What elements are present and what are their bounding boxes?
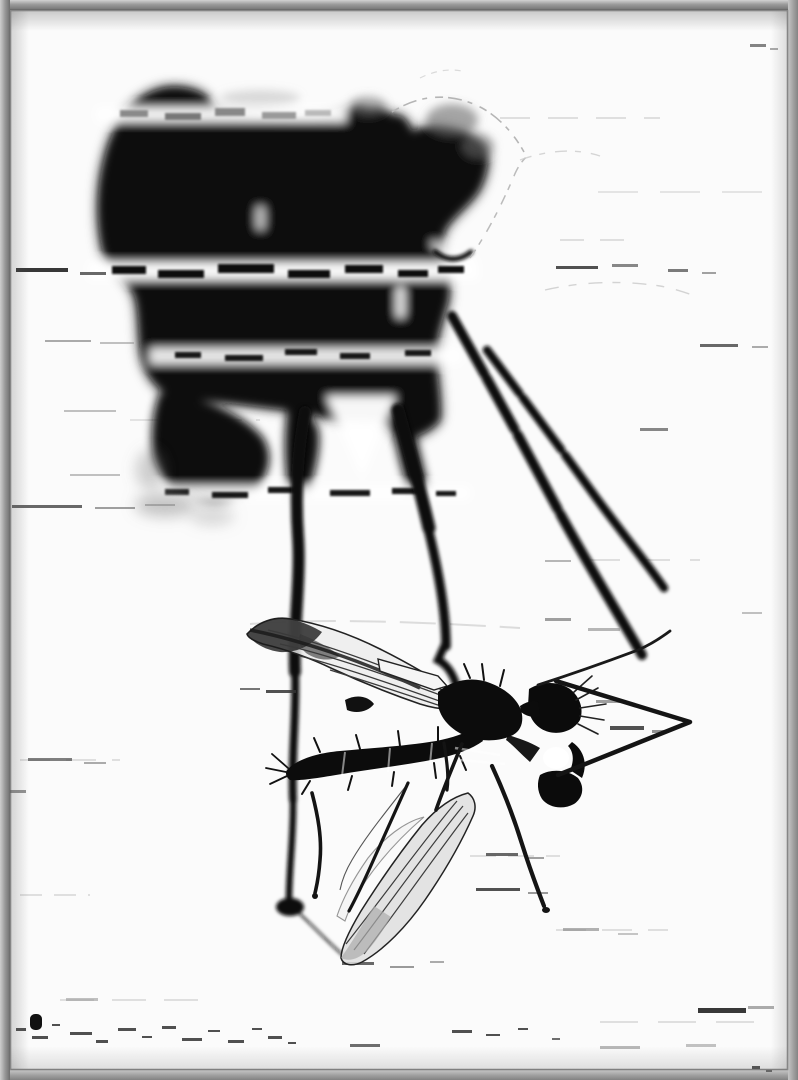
bottom-speckle-field-mark — [70, 1032, 92, 1035]
bottom-speckle-field-mark — [142, 1036, 152, 1038]
band-clumps-mark-mark — [405, 350, 431, 356]
dark-speckles-mark — [668, 269, 688, 272]
bottom-speckle-field-mark — [96, 1040, 108, 1043]
dark-speckles-mark — [640, 428, 668, 431]
predator-leg-left-mid — [293, 668, 296, 800]
dark-speckles-mark — [528, 857, 544, 859]
dark-speckles-mark — [700, 344, 738, 347]
band-clumps-mark-mark — [212, 492, 248, 498]
bottom-speckle-field-mark — [518, 1028, 528, 1030]
fuzz-blob — [426, 104, 478, 136]
band-clumps-mark-mark — [305, 110, 331, 116]
dark-speckles-mark — [545, 618, 571, 621]
soft-halos-mark — [136, 450, 164, 490]
band-clumps-mark-mark — [345, 265, 383, 273]
dark-speckles-mark — [612, 264, 638, 267]
bottom-speckle-field-mark — [162, 1026, 176, 1029]
dark-speckles-mark — [750, 44, 766, 47]
bottom-speckle-field-mark — [552, 1038, 560, 1040]
framed-photo — [0, 0, 798, 1080]
dark-speckles-mark — [563, 928, 599, 931]
frame-speck — [766, 1070, 772, 1072]
dark-speckles-mark — [66, 998, 98, 1001]
bottom-speckle-field-mark — [268, 1036, 282, 1039]
band-clumps-mark-mark — [285, 349, 317, 355]
bottom-speckle-field-mark — [252, 1028, 262, 1030]
bottom-speckle-field-mark — [486, 1034, 500, 1036]
bottom-speckle-field-mark — [288, 1042, 296, 1044]
fuzz-blob — [350, 96, 386, 116]
dark-speckles-mark — [266, 690, 296, 693]
prey-leg-front-foot — [542, 907, 550, 913]
dark-speckles-mark — [430, 961, 444, 963]
bottom-speckle-field-mark — [52, 1024, 60, 1026]
bottom-speckle-field-mark — [182, 1038, 202, 1041]
dark-speckles-mark — [80, 272, 106, 275]
bottom-speckle-field-mark — [32, 1036, 48, 1039]
inner-shadow-mark — [11, 11, 29, 1069]
band-clumps-mark-mark — [158, 270, 204, 278]
frame-left — [0, 0, 10, 1080]
dark-speckles-mark — [556, 266, 598, 269]
dark-speckles-mark — [30, 1014, 42, 1030]
dark-speckles-mark — [752, 346, 768, 348]
band-clumps-mark-mark — [175, 352, 201, 358]
band-clumps-mark-mark — [225, 355, 263, 361]
dark-speckles-mark — [588, 628, 620, 631]
band-clumps-mark-mark — [112, 266, 146, 274]
dark-speckles-mark — [100, 342, 134, 344]
dark-speckles-mark — [610, 726, 644, 730]
dark-speckles-mark — [742, 612, 762, 614]
dark-speckles-mark — [698, 1008, 746, 1013]
band-clumps-mark-mark — [262, 112, 296, 119]
bottom-speckle-field-mark — [118, 1028, 136, 1031]
dark-speckles-mark — [84, 762, 106, 764]
inner-shadow-mark — [11, 1046, 787, 1070]
dark-speckles-mark — [486, 853, 518, 856]
band-clumps-mark-mark — [218, 264, 274, 273]
band-clumps-mark-mark — [436, 491, 456, 496]
dark-speckles-mark — [28, 758, 72, 761]
white-slit — [396, 286, 405, 318]
frame-top — [0, 0, 798, 10]
soft-halos-mark — [190, 507, 234, 525]
inner-shadow-mark — [771, 11, 787, 1069]
dark-speckles-mark — [45, 340, 91, 342]
dark-speckles-mark — [748, 1006, 774, 1009]
dark-speckles-mark — [95, 507, 135, 509]
band-clumps-mark-mark — [288, 270, 330, 278]
band-clumps-mark-mark — [438, 266, 464, 273]
dark-speckles-mark — [70, 474, 120, 476]
bottom-speckle-field-mark — [452, 1030, 472, 1033]
dark-speckles-mark — [545, 560, 571, 562]
dark-speckles-mark — [390, 966, 414, 968]
head-eye-highlight — [543, 747, 569, 769]
bottom-speckle-field-mark — [208, 1030, 220, 1032]
dark-speckles-mark — [618, 933, 638, 935]
band-clumps-mark-mark — [398, 270, 428, 277]
frame-right — [788, 0, 798, 1080]
band-clumps-mark-mark — [120, 110, 148, 117]
white-slit — [256, 206, 265, 230]
frame-speck — [752, 1066, 760, 1069]
dark-speckles-mark — [145, 504, 175, 506]
photo-canvas — [0, 0, 798, 1080]
prey-leg-tail-foot — [312, 893, 318, 899]
inner-shadow-mark — [11, 11, 787, 31]
band-clumps-mark-mark — [340, 353, 370, 359]
frame-bottom — [0, 1070, 798, 1080]
fuzz-blob — [220, 90, 300, 106]
dark-speckles-mark — [702, 272, 716, 274]
fuzz-blob — [462, 134, 494, 158]
dark-speckles-mark — [240, 688, 260, 690]
dark-speckles-mark — [476, 888, 520, 891]
dark-speckles-mark — [64, 410, 116, 412]
band-clumps-mark-mark — [330, 490, 370, 496]
band-clumps-mark-mark — [215, 108, 245, 116]
band-clumps-mark-mark — [165, 113, 201, 120]
bottom-speckle-field-mark — [228, 1040, 244, 1043]
